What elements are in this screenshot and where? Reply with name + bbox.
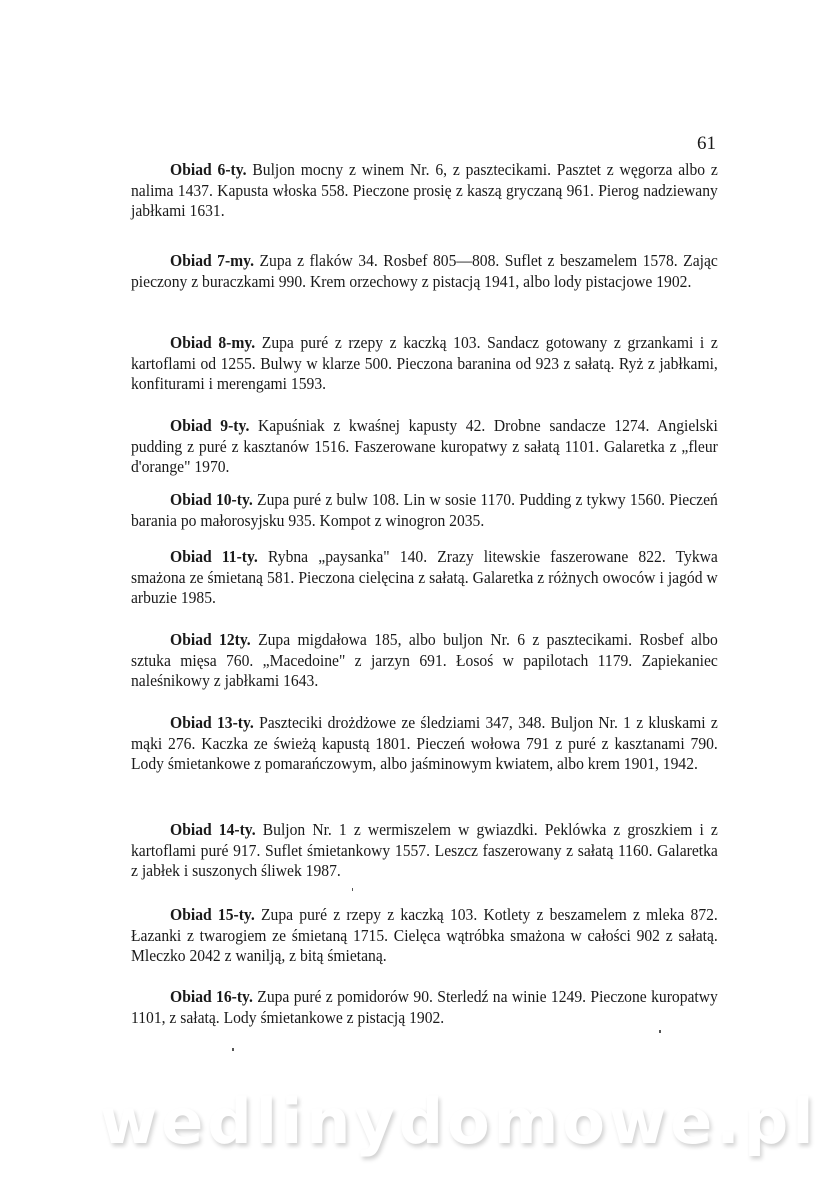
menu-entry-15: Obiad 15-ty. Zupa puré z rzepy z kaczką …: [131, 905, 718, 967]
menu-entry-11: Obiad 11-ty. Rybna „paysanka" 140. Zrazy…: [131, 547, 718, 609]
entry-heading: Obiad 12ty.: [170, 630, 251, 649]
menu-entry-6: Obiad 6-ty. Buljon mocny z winem Nr. 6, …: [131, 160, 718, 222]
menu-entry-7: Obiad 7-my. Zupa z flaków 34. Rosbef 805…: [131, 251, 718, 292]
entry-heading: Obiad 13-ty.: [170, 713, 254, 732]
entry-heading: Obiad 11-ty.: [170, 547, 258, 566]
menu-entry-12: Obiad 12ty. Zupa migdałowa 185, albo bul…: [131, 630, 718, 692]
watermark: wedlinydomowe.pl: [100, 1085, 740, 1158]
entry-heading: Obiad 16-ty.: [170, 987, 253, 1006]
entry-heading: Obiad 14-ty.: [170, 820, 256, 839]
menu-entry-14: Obiad 14-ty. Buljon Nr. 1 z wermiszelem …: [131, 820, 718, 882]
entry-heading: Obiad 15-ty.: [170, 905, 255, 924]
entry-heading: Obiad 10-ty.: [170, 490, 253, 509]
page-number: 61: [697, 133, 716, 155]
menu-entry-13: Obiad 13-ty. Paszteciki drożdżowe ze śle…: [131, 713, 718, 775]
scan-speck: [232, 1048, 234, 1051]
entry-heading: Obiad 9-ty.: [170, 416, 249, 435]
entry-heading: Obiad 7-my.: [170, 251, 254, 270]
menu-entry-16: Obiad 16-ty. Zupa puré z pomidorów 90. S…: [131, 987, 718, 1028]
menu-entry-10: Obiad 10-ty. Zupa puré z bulw 108. Lin w…: [131, 490, 718, 531]
entry-heading: Obiad 6-ty.: [170, 160, 247, 179]
entry-heading: Obiad 8-my.: [170, 333, 255, 352]
scan-speck: [659, 1030, 661, 1033]
menu-entry-9: Obiad 9-ty. Kapuśniak z kwaśnej kapusty …: [131, 416, 718, 478]
menu-entry-8: Obiad 8-my. Zupa puré z rzepy z kaczką 1…: [131, 333, 718, 395]
scan-speck: [352, 888, 353, 891]
